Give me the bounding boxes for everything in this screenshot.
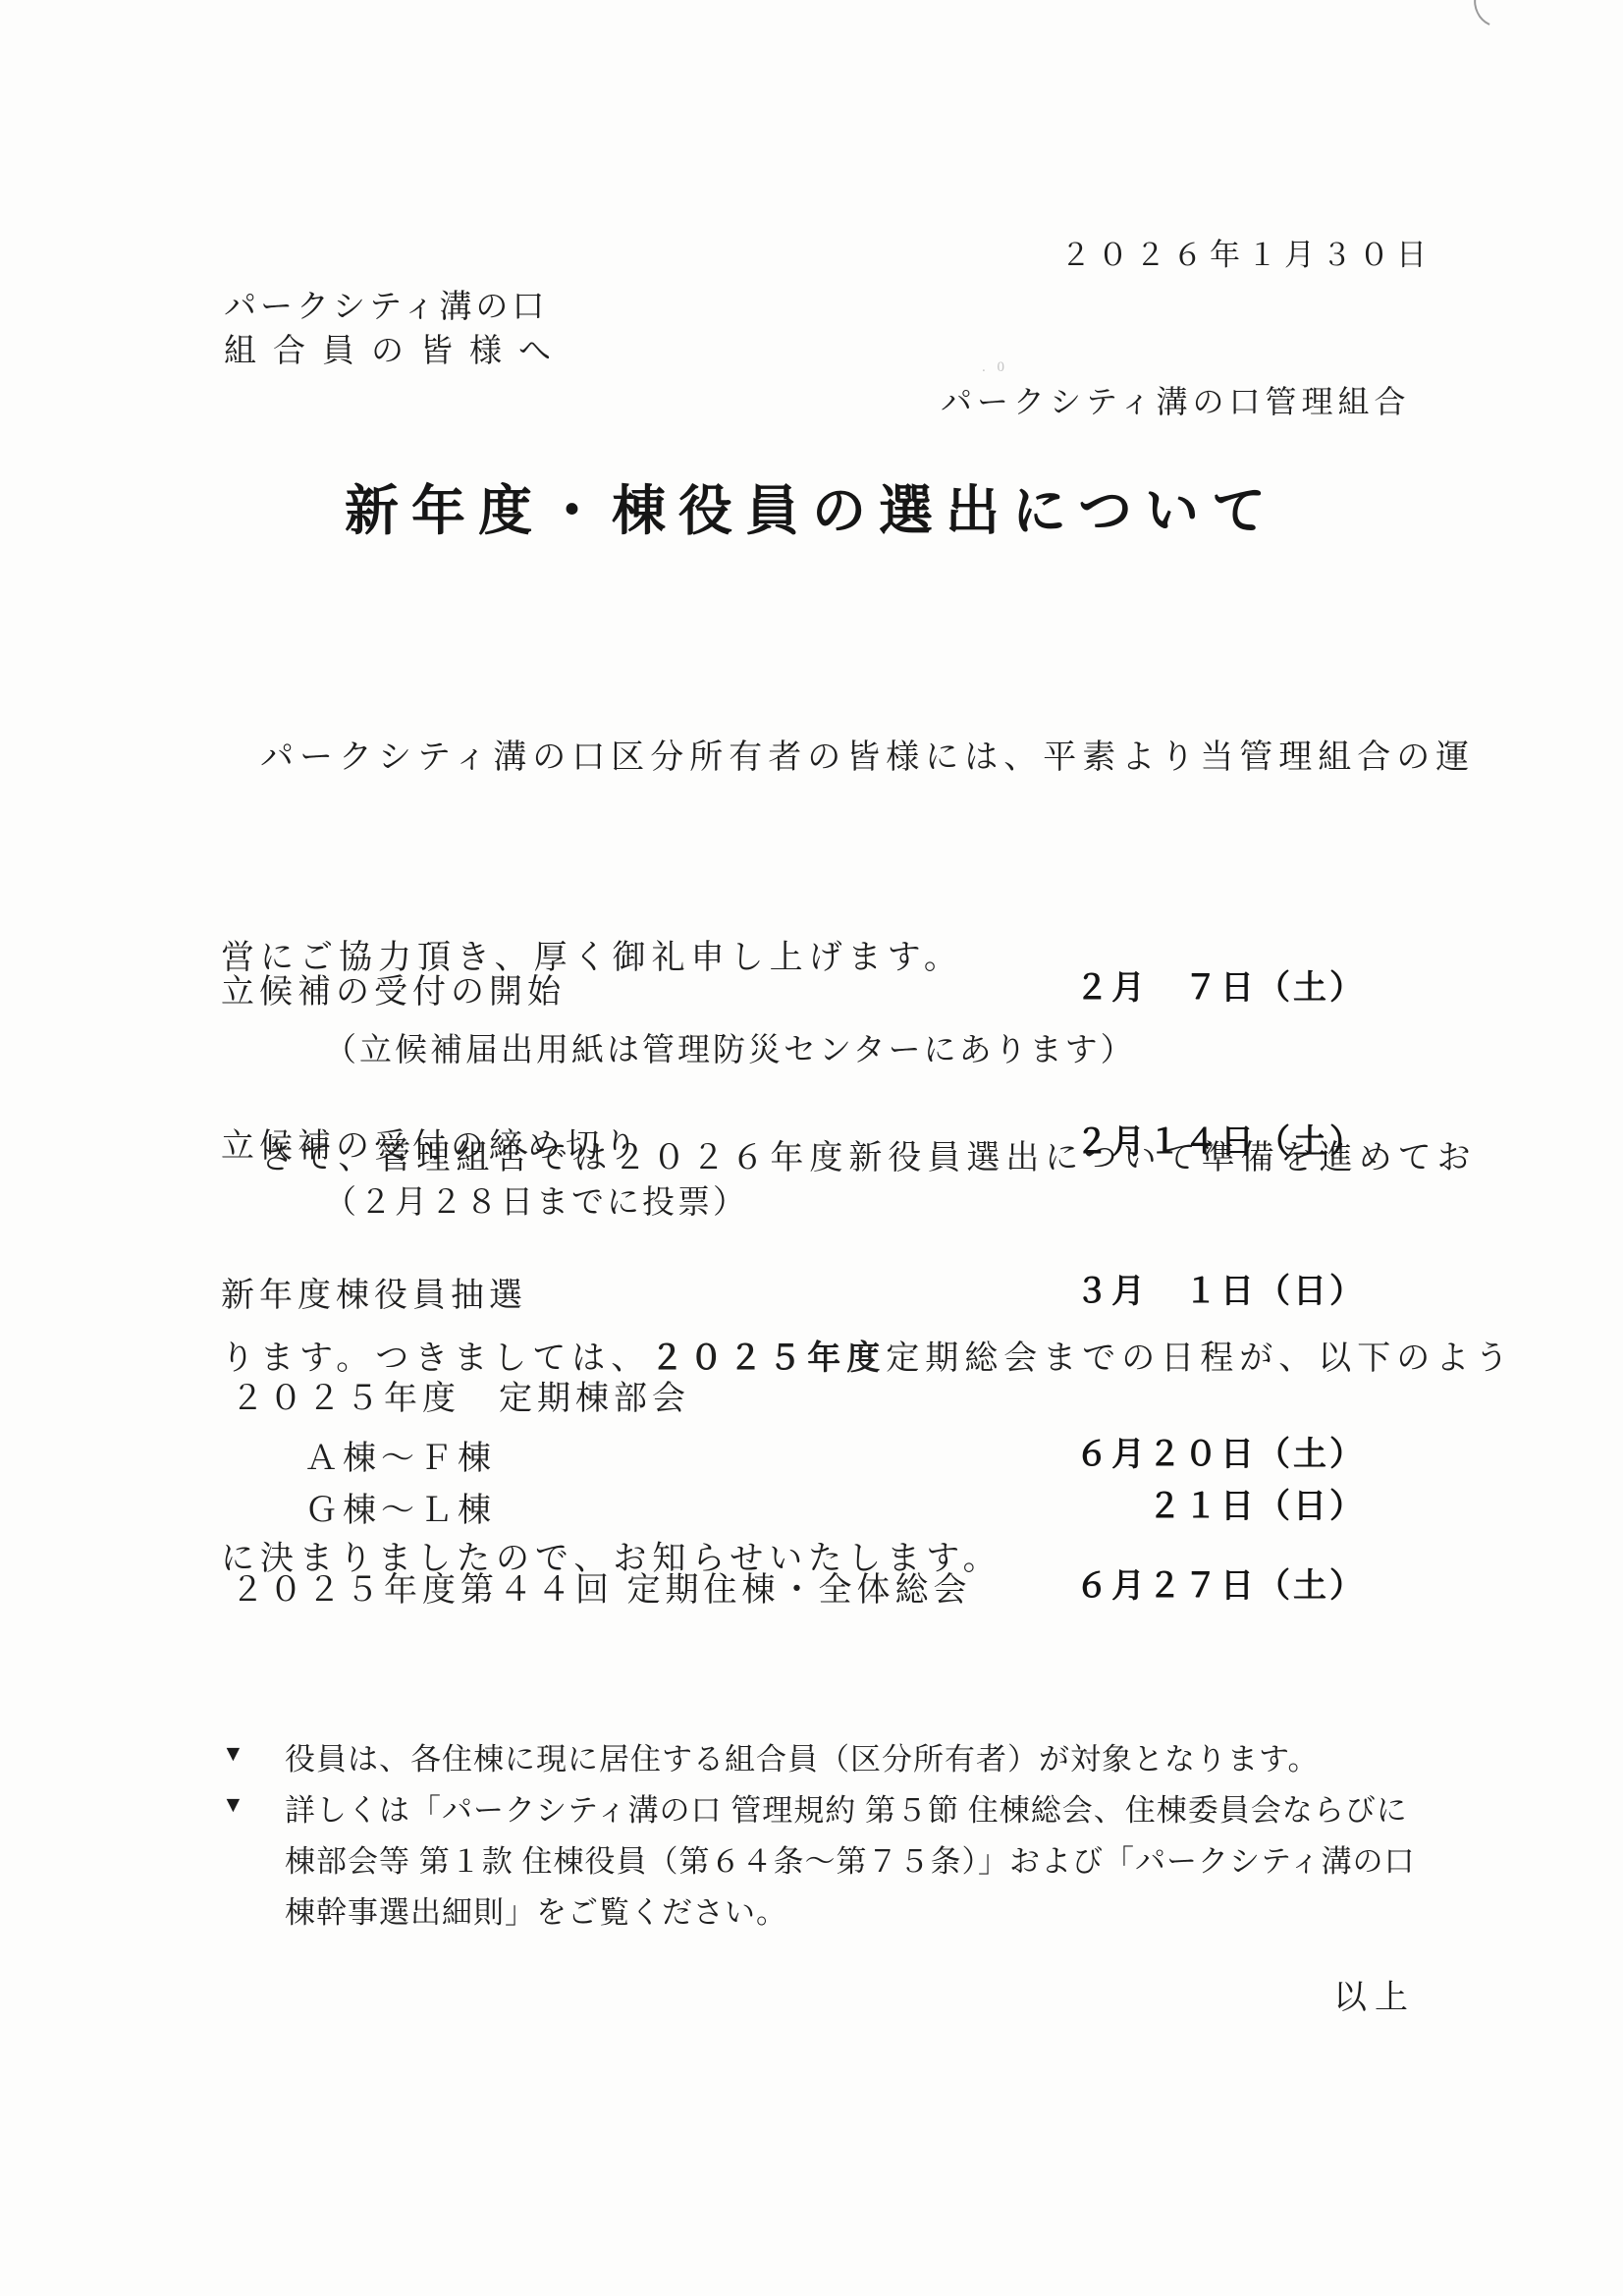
schedule-item5-date: ６月２７日（土） [1075,1558,1366,1607]
document-title: 新年度・棟役員の選出について [0,467,1623,545]
schedule-item3-label: 新年度棟役員抽選 [221,1268,527,1316]
sender-organization: パークシティ溝の口管理組合 [941,377,1410,422]
note2-line3: 棟幹事選出細則」をご覧ください。 [285,1887,787,1932]
scan-artifact-mark [1467,0,1520,33]
recipient-line-2: 組合員の皆様へ [224,325,568,371]
schedule-item2-note: （２月２８日までに投票） [324,1176,748,1223]
schedule-item3-date: ３月 １日（日） [1075,1264,1366,1312]
schedule-item4-label: ２０２５年度 定期棟部会 [231,1371,690,1419]
note2-line1: 詳しくは「パークシティ溝の口 管理規約 第５節 住棟総会、住棟委員会ならびに [285,1785,1408,1830]
para1-line1: パークシティ溝の口区分所有者の皆様には、平素より当管理組合の運 [221,725,1514,792]
schedule-item1-label: 立候補の受付の開始 [221,964,566,1012]
note1-line1: 役員は、各住棟に現に居住する組合員（区分所有者）が対象となります。 [285,1734,1320,1778]
scanned-notice-page: . 0 ２０２６年１月３０日 パークシティ溝の口 組合員の皆様へ パークシティ溝… [0,0,1623,2296]
schedule-item5-label: ２０２５年度第４４回 定期住棟・全体総会 [231,1562,972,1611]
closing-ijou: 以上 [1333,1970,1416,2018]
schedule-item4-row-a-label: Ａ棟～Ｆ棟 [304,1431,496,1479]
note1-triangle-marker-icon: ▼ [222,1741,244,1767]
recipient-line-1: パークシティ溝の口 [224,281,548,327]
schedule-item1-date: ２月 ７日（土） [1075,960,1366,1009]
schedule-item4-row-a-date: ６月２０日（土） [1075,1427,1366,1475]
note2-line2: 棟部会等 第１款 住棟役員（第６４条～第７５条）」および「パークシティ溝の口 [285,1836,1416,1881]
note2-triangle-marker-icon: ▼ [222,1792,244,1818]
para2-line2-post: 定期総会までの日程が、以下のよう [886,1340,1514,1377]
issue-date: ２０２６年１月３０日 [1060,230,1434,274]
schedule-item4-row-g-date: ２１日（日） [1075,1479,1366,1527]
schedule-item2-date: ２月１４日（土） [1075,1115,1366,1163]
schedule-item1-note: （立候補届出用紙は管理防災センターにあります） [324,1024,1136,1070]
schedule-item2-label: 立候補の受付の締め切り [221,1119,642,1167]
scan-artifact-speck: . 0 [982,359,1008,376]
schedule-item4-row-g-label: Ｇ棟～Ｌ棟 [304,1483,496,1531]
